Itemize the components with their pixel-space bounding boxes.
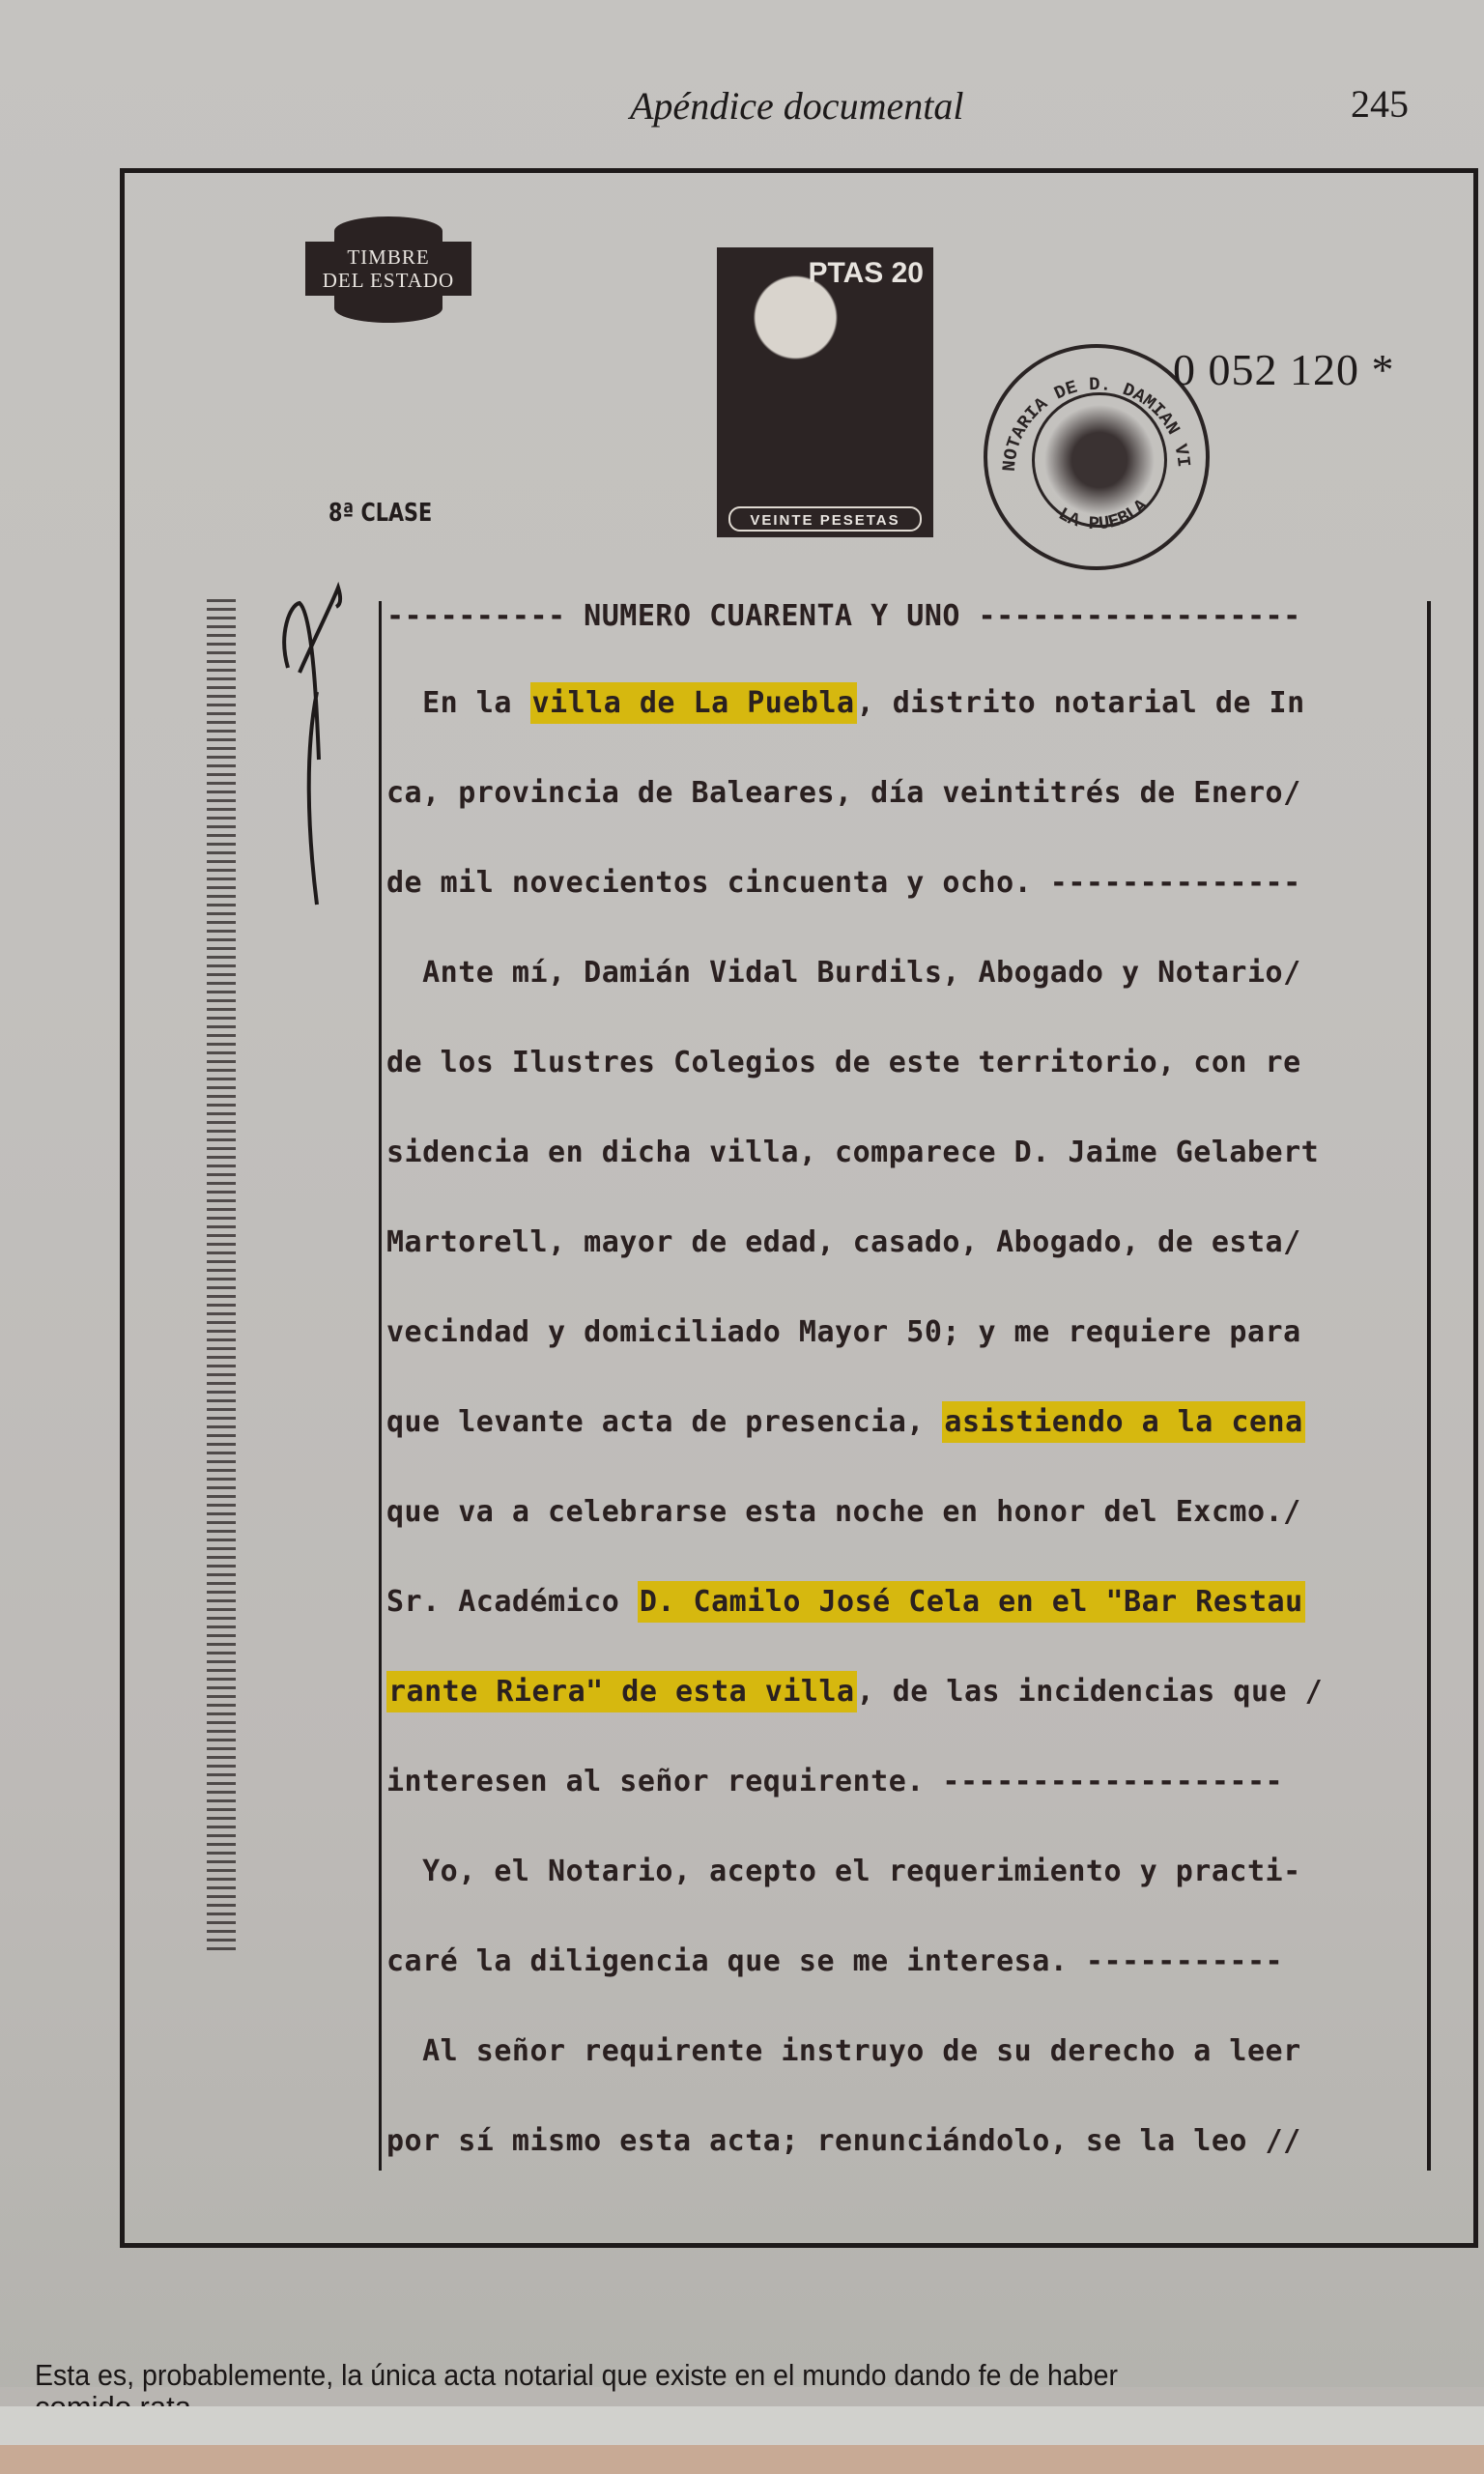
highlighted-text: D. Camilo José Cela en el "Bar Restau xyxy=(638,1581,1305,1623)
page-number: 245 xyxy=(1351,81,1409,127)
act-title: ---------- NUMERO CUARENTA Y UNO -------… xyxy=(386,599,1301,633)
signature-icon xyxy=(278,576,356,924)
act-line: que levante acta de presencia, asistiend… xyxy=(386,1405,1305,1439)
act-line: ca, provincia de Baleares, día veintitré… xyxy=(386,776,1301,810)
act-line: por sí mismo esta acta; renunciándolo, s… xyxy=(386,2124,1301,2158)
timbre-plate: TIMBRE DEL ESTADO xyxy=(305,242,471,296)
line-text: por sí mismo esta acta; renunciándolo, s… xyxy=(386,2124,1301,2158)
fiscal-stamp: PTAS 20 VEINTE PESETAS xyxy=(717,247,933,537)
highlighted-text: rante Riera" de esta villa xyxy=(386,1671,857,1712)
act-line: sidencia en dicha villa, comparece D. Ja… xyxy=(386,1136,1319,1169)
spiral-rubric-icon xyxy=(207,599,236,1952)
line-text: de mil novecientos cincuenta y ocho. ---… xyxy=(386,866,1301,900)
act-line: interesen al señor requirente. ---------… xyxy=(386,1765,1283,1798)
stamp-label: VEINTE PESETAS xyxy=(728,506,922,532)
stamp-value: PTAS 20 xyxy=(809,257,925,290)
act-line: En la villa de La Puebla, distrito notar… xyxy=(386,686,1305,720)
typed-text-frame xyxy=(379,601,1431,2171)
running-head: Apéndice documental xyxy=(630,83,963,129)
page-edge xyxy=(0,2406,1484,2445)
act-line: Yo, el Notario, acepto el requerimiento … xyxy=(386,1855,1301,1888)
act-line: Sr. Académico D. Camilo José Cela en el … xyxy=(386,1585,1305,1619)
line-text: interesen al señor requirente. ---------… xyxy=(386,1765,1283,1798)
line-text: Al señor requirente instruyo de su derec… xyxy=(386,2034,1301,2068)
act-line: de los Ilustres Colegios de este territo… xyxy=(386,1046,1301,1079)
line-text: sidencia en dicha villa, comparece D. Ja… xyxy=(386,1136,1319,1169)
line-text: , de las incidencias que / xyxy=(857,1675,1324,1709)
highlighted-text: asistiendo a la cena xyxy=(942,1401,1304,1443)
act-line: vecindad y domiciliado Mayor 50; y me re… xyxy=(386,1315,1301,1349)
eagle-crest-icon xyxy=(727,257,924,499)
timbre-del-estado-emblem: TIMBRE DEL ESTADO xyxy=(305,215,471,321)
figure-caption-line2: comido rata. xyxy=(35,2395,200,2406)
act-line: Martorell, mayor de edad, casado, Abogad… xyxy=(386,1225,1301,1259)
act-line: de mil novecientos cincuenta y ocho. ---… xyxy=(386,866,1301,900)
line-text: Martorell, mayor de edad, casado, Abogad… xyxy=(386,1225,1301,1259)
line-text: Sr. Académico xyxy=(386,1585,638,1619)
act-line: Ante mí, Damián Vidal Burdils, Abogado y… xyxy=(386,956,1301,990)
line-text: que va a celebrarse esta noche en honor … xyxy=(386,1495,1301,1529)
highlighted-text: villa de La Puebla xyxy=(530,682,857,724)
line-text: caré la diligencia que se me interesa. -… xyxy=(386,1944,1283,1978)
line-text: de los Ilustres Colegios de este territo… xyxy=(386,1046,1301,1079)
act-line: Al señor requirente instruyo de su derec… xyxy=(386,2034,1301,2068)
ornament-icon xyxy=(334,294,442,323)
act-line: que va a celebrarse esta noche en honor … xyxy=(386,1495,1301,1529)
timbre-line2: DEL ESTADO xyxy=(305,269,471,292)
line-text: Yo, el Notario, acepto el requerimiento … xyxy=(386,1855,1301,1888)
line-text: , distrito notarial de In xyxy=(857,686,1305,720)
line-text: vecindad y domiciliado Mayor 50; y me re… xyxy=(386,1315,1301,1349)
clase-label: 8ª CLASE xyxy=(328,499,432,528)
line-text: Ante mí, Damián Vidal Burdils, Abogado y… xyxy=(386,956,1301,990)
line-text: ca, provincia de Baleares, día veintitré… xyxy=(386,776,1301,810)
act-line: caré la diligencia que se me interesa. -… xyxy=(386,1944,1283,1978)
line-text: En la xyxy=(386,686,530,720)
timbre-line1: TIMBRE xyxy=(305,245,471,269)
act-line: rante Riera" de esta villa, de las incid… xyxy=(386,1675,1323,1709)
table-surface xyxy=(0,2445,1484,2474)
line-text: que levante acta de presencia, xyxy=(386,1405,942,1439)
serial-number: 0 052 120 * xyxy=(1173,344,1395,395)
coat-of-arms-icon xyxy=(1032,392,1167,528)
figure-caption-line1: Esta es, probablemente, la única acta no… xyxy=(35,2358,1118,2393)
